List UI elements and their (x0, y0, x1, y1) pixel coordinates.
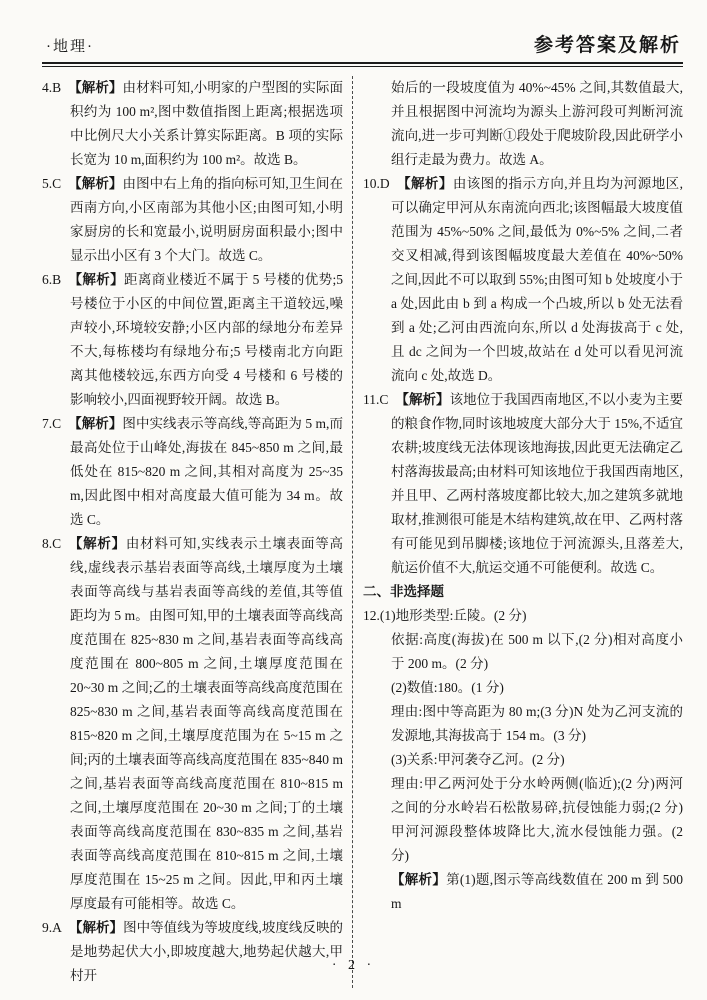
answer-text: 距离商业楼近不属于 5 号楼的优势;5 号楼位于小区的中间位置,距离主干道较远,… (70, 272, 343, 407)
question-12-line: (2)数值:180。(1 分) (363, 676, 683, 700)
answer-text: 由该图的指示方向,并且均为河源地区,可以确定甲河从东南流向西北;该图幅最大坡度值… (391, 176, 683, 383)
answer-number: 7.C (42, 416, 61, 431)
analysis-label: 【解析】 (68, 536, 126, 551)
question-12-line: 依据:高度(海拔)在 500 m 以下,(2 分)相对高度小于 200 m。(2… (363, 628, 683, 676)
answer-number: 4.B (42, 80, 61, 95)
question-12-line: (3)关系:甲河袭夺乙河。(2 分) (363, 748, 683, 772)
page-title: 参考答案及解析 (534, 30, 681, 57)
document-page: ·地理· 参考答案及解析 4.B【解析】由材料可知,小明家的户型图的实际面积约为… (0, 0, 707, 1000)
question-12-line: 理由:甲乙两河处于分水岭两侧(临近);(2 分)两河之间的分水岭岩石松散易碎,抗… (363, 772, 683, 868)
analysis-label: 【解析】 (68, 176, 122, 191)
subject-label: ·地理· (46, 35, 94, 56)
answer-text: (1)地形类型:丘陵。(2 分) (380, 608, 527, 623)
answer-number: 9.A (42, 920, 62, 935)
answer-number: 12. (363, 608, 380, 623)
analysis-label: 【解析】 (68, 416, 122, 431)
answer-item-9: 9.A【解析】图中等值线为等坡度线,坡度线反映的是地势起伏大小,即坡度越大,地势… (42, 916, 343, 988)
header-double-rule (42, 62, 683, 67)
analysis-label: 【解析】 (397, 176, 453, 191)
answer-number: 5.C (42, 176, 61, 191)
answer-item-8: 8.C【解析】由材料可知,实线表示土壤表面等高线,虚线表示基岩表面等高线,土壤厚… (42, 532, 343, 916)
analysis-label: 【解析】 (69, 920, 123, 935)
answer-item-5: 5.C【解析】由图中右上角的指向标可知,卫生间在西南方向,小区南部为其他小区;由… (42, 172, 343, 268)
analysis-label: 【解析】 (391, 872, 446, 887)
answer-text: 由材料可知,实线表示土壤表面等高线,虚线表示基岩表面等高线,土壤厚度为土壤表面等… (70, 536, 343, 911)
answer-number: 11.C (363, 392, 388, 407)
right-column: 始后的一段坡度值为 40%~45% 之间,其数值最大,并且根据图中河流均为源头上… (363, 76, 683, 988)
answer-item-9-continuation: 始后的一段坡度值为 40%~45% 之间,其数值最大,并且根据图中河流均为源头上… (363, 76, 683, 172)
page-footer: · 2 · (0, 958, 707, 974)
section-heading-non-choice: 二、非选择题 (363, 580, 683, 604)
answer-item-6: 6.B【解析】距离商业楼近不属于 5 号楼的优势;5 号楼位于小区的中间位置,距… (42, 268, 343, 412)
answer-number: 8.C (42, 536, 61, 551)
answer-number: 6.B (42, 272, 61, 287)
question-12-analysis: 【解析】第(1)题,图示等高线数值在 200 m 到 500 m (363, 868, 683, 916)
answer-text: 该地位于我国西南地区,不以小麦为主要的粮食作物,同时该地坡度大部分大于 15%,… (391, 392, 683, 575)
question-12-line: 理由:图中等高距为 80 m;(3 分)N 处为乙河支流的发源地,其海拔高于 1… (363, 700, 683, 748)
answer-number: 10.D (363, 176, 390, 191)
page-header: ·地理· 参考答案及解析 (42, 30, 683, 57)
left-column: 4.B【解析】由材料可知,小明家的户型图的实际面积约为 100 m²,图中数值指… (42, 76, 343, 988)
answer-text: 图中实线表示等高线,等高距为 5 m,而最高处位于山峰处,海拔在 845~850… (70, 416, 343, 527)
page-number: · 2 · (332, 958, 375, 973)
question-12-first-line: 12.(1)地形类型:丘陵。(2 分) (363, 604, 683, 628)
answer-item-11: 11.C【解析】该地位于我国西南地区,不以小麦为主要的粮食作物,同时该地坡度大部… (363, 388, 683, 580)
analysis-label: 【解析】 (68, 272, 124, 287)
column-divider-dashed-rule (352, 76, 353, 988)
answer-item-7: 7.C【解析】图中实线表示等高线,等高距为 5 m,而最高处位于山峰处,海拔在 … (42, 412, 343, 532)
answer-item-4: 4.B【解析】由材料可知,小明家的户型图的实际面积约为 100 m²,图中数值指… (42, 76, 343, 172)
analysis-label: 【解析】 (395, 392, 449, 407)
analysis-label: 【解析】 (68, 80, 122, 95)
answer-item-10: 10.D【解析】由该图的指示方向,并且均为河源地区,可以确定甲河从东南流向西北;… (363, 172, 683, 388)
content-columns: 4.B【解析】由材料可知,小明家的户型图的实际面积约为 100 m²,图中数值指… (42, 76, 683, 988)
answer-item-12: 12.(1)地形类型:丘陵。(2 分) 依据:高度(海拔)在 500 m 以下,… (363, 604, 683, 916)
